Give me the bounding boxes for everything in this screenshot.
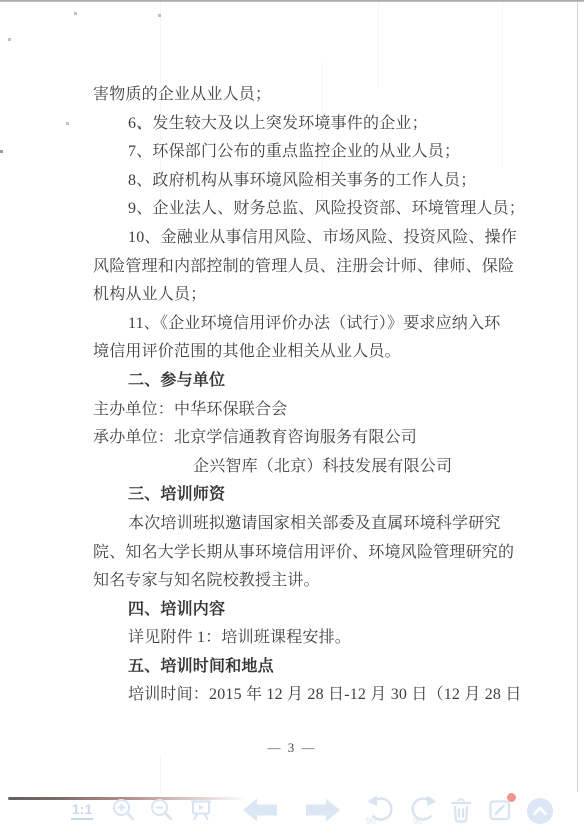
- text-line: 企兴智库（北京）科技发展有限公司: [0, 453, 584, 482]
- text-line: 害物质的企业从业人员；: [0, 81, 584, 110]
- viewer-toolbar: 1:1: [0, 788, 584, 826]
- rotate-right-button[interactable]: 90°: [407, 794, 439, 826]
- text-line: 6、发生较大及以上突发环境事件的企业；: [0, 110, 584, 139]
- zoom-in-button[interactable]: [111, 797, 137, 823]
- text-line: 主办单位：中华环保联合会: [0, 396, 584, 425]
- edit-button[interactable]: [487, 797, 513, 823]
- delete-button[interactable]: [448, 796, 474, 824]
- section-heading: 三、培训师资: [0, 481, 584, 510]
- section-heading: 二、参与单位: [0, 367, 584, 396]
- svg-text:90°: 90°: [366, 816, 380, 826]
- next-page-button[interactable]: [305, 796, 341, 824]
- presentation-icon: [188, 797, 214, 823]
- trash-icon: [448, 796, 474, 824]
- text-line: 院、知名大学长期从事环境信用评价、环境风险管理研究的: [0, 539, 584, 568]
- section-heading: 四、培训内容: [0, 596, 584, 625]
- svg-text:90°: 90°: [413, 816, 427, 826]
- actual-size-icon: 1:1: [71, 801, 93, 820]
- scan-speck: [8, 38, 11, 41]
- actual-size-button[interactable]: 1:1: [71, 801, 93, 817]
- rotate-left-button[interactable]: 90°: [365, 794, 397, 826]
- page-number: — 3 —: [0, 740, 584, 756]
- rotate-left-icon: 90°: [365, 794, 397, 826]
- page-text: 害物质的企业从业人员；6、发生较大及以上突发环境事件的企业；7、环保部门公布的重…: [0, 81, 584, 710]
- text-line: 9、企业法人、财务总监、风险投资部、环境管理人员；: [0, 195, 584, 224]
- text-line: 11、《企业环境信用评价办法（试行）》要求应纳入环: [0, 310, 584, 339]
- text-line: 本次培训班拟邀请国家相关部委及直属环境科学研究: [0, 510, 584, 539]
- collapse-up-button[interactable]: [525, 796, 555, 826]
- text-line: 培训时间：2015 年 12 月 28 日-12 月 30 日（12 月 28 …: [0, 681, 584, 710]
- zoom-out-button[interactable]: [149, 797, 175, 823]
- text-line: 8、政府机构从事环境风险相关事务的工作人员；: [0, 167, 584, 196]
- document-viewer: 害物质的企业从业人员；6、发生较大及以上突发环境事件的企业；7、环保部门公布的重…: [0, 0, 584, 826]
- section-heading: 五、培训时间和地点: [0, 653, 584, 682]
- text-line: 详见附件 1：培训班课程安排。: [0, 624, 584, 653]
- text-line: 机构从业人员；: [0, 281, 584, 310]
- scan-speck: [74, 12, 77, 15]
- text-line: 7、环保部门公布的重点监控企业的从业人员；: [0, 138, 584, 167]
- rotate-right-icon: 90°: [407, 794, 439, 826]
- text-line: 承办单位：北京学信通教育咨询服务有限公司: [0, 424, 584, 453]
- text-line: 风险管理和内部控制的管理人员、注册会计师、律师、保险: [0, 253, 584, 282]
- text-line: 境信用评价范围的其他企业相关从业人员。: [0, 338, 584, 367]
- text-line: 知名专家与知名院校教授主讲。: [0, 567, 584, 596]
- edit-notification-badge: [507, 793, 516, 802]
- previous-page-button[interactable]: [242, 796, 278, 824]
- scan-fold-line: [378, 2, 379, 88]
- zoom-in-icon: [111, 797, 137, 823]
- scan-speck: [158, 14, 161, 17]
- previous-page-arrow-icon: [242, 796, 278, 824]
- zoom-out-icon: [149, 797, 175, 823]
- collapse-up-icon: [525, 796, 555, 826]
- next-page-arrow-icon: [305, 796, 341, 824]
- scan-top-edge: [0, 0, 584, 2]
- presentation-button[interactable]: [188, 797, 214, 823]
- text-line: 10、金融业从事信用风险、市场风险、投资风险、操作: [0, 224, 584, 253]
